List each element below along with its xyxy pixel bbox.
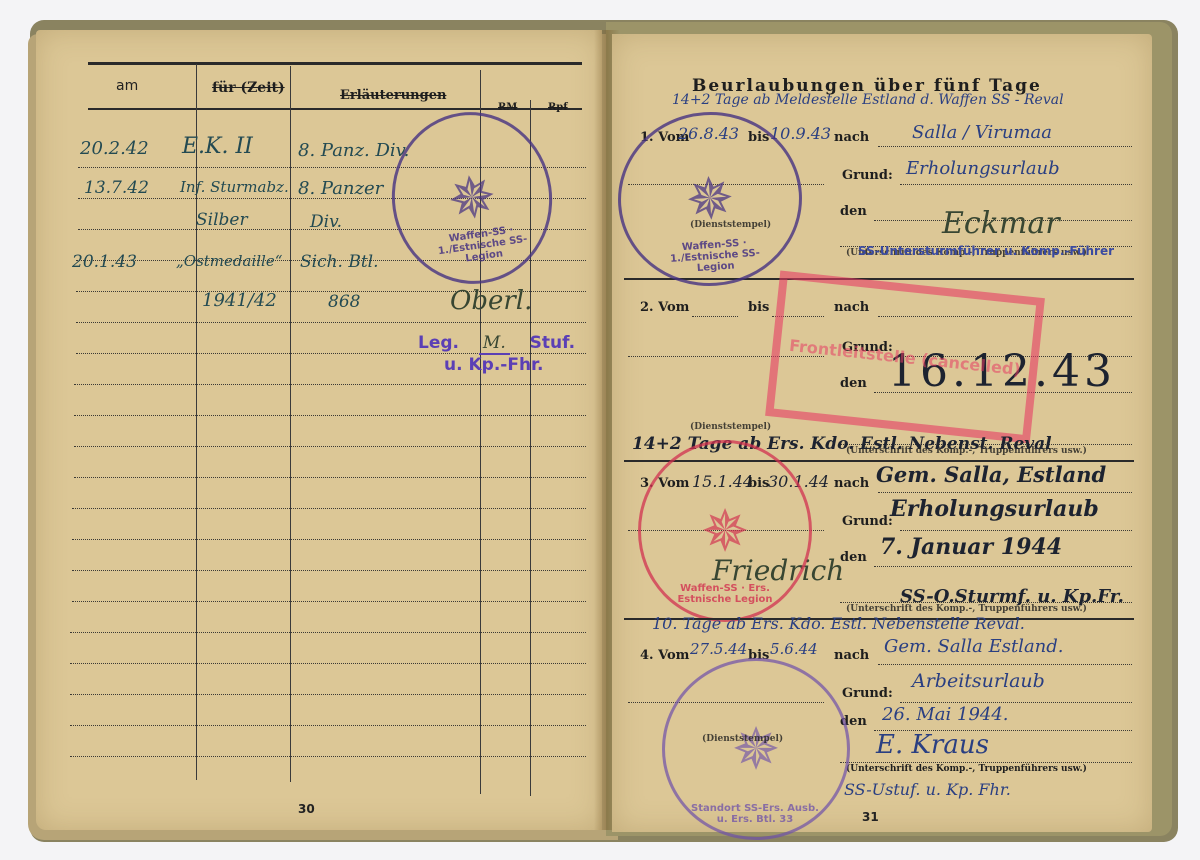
row-4-unit: Sich. Btl. bbox=[300, 252, 379, 272]
page-number-left: 30 bbox=[298, 802, 315, 816]
entry-1-nach-line bbox=[878, 146, 1132, 147]
entry-3-date: 7. Januar 1944 bbox=[880, 534, 1062, 560]
rank-stamp: Leg. M. Stuf. u. Kp.-Fhr. bbox=[418, 332, 575, 376]
entry-4-reason: Arbeitsurlaub bbox=[912, 670, 1045, 692]
row-line bbox=[72, 508, 586, 509]
header-fuer-zeit: für (Zeit) bbox=[212, 80, 285, 96]
header-am: am bbox=[116, 78, 138, 94]
entry-3-grund-line bbox=[900, 530, 1132, 531]
entry-4-signature: E. Kraus bbox=[876, 730, 989, 760]
entry-1-signature: Eckmar bbox=[942, 206, 1060, 241]
rank-stamp-initial: M. bbox=[479, 333, 510, 355]
rank-stamp-stuf: Stuf. bbox=[530, 333, 575, 353]
entry-1-grund-line bbox=[900, 184, 1132, 185]
entry-4-date: 26. Mai 1944. bbox=[882, 704, 1009, 725]
column-divider bbox=[290, 66, 291, 782]
cancel-stamp-text: Frontleitstelle (cancelled) bbox=[788, 335, 1021, 378]
eagle-emblem-icon: ✵ bbox=[701, 502, 750, 560]
entry-4-dienststempel: (Dienststempel) bbox=[702, 734, 783, 744]
entry-4-grund-line bbox=[900, 702, 1132, 703]
entry-1-nach-label: nach bbox=[834, 130, 869, 145]
row-line bbox=[70, 632, 586, 633]
entry-3-stamp: ✵ Waffen-SS · Ers. Estnische Legion bbox=[638, 440, 812, 622]
stamp-ring-text: Waffen-SS · 1./Estnische SS-Legion bbox=[426, 221, 540, 269]
row-line bbox=[72, 570, 586, 571]
rank-stamp-line2: u. Kp.-Fhr. bbox=[418, 354, 575, 376]
entry-4-label: 4. Vom bbox=[640, 648, 689, 663]
entry-1-rank-stamp: SS-Untersturmführer u. Komp.-Führer bbox=[858, 244, 1114, 258]
entry-4-stamp-text: Standort SS-Ers. Ausb. u. Ers. Btl. 33 bbox=[685, 803, 825, 825]
row-line bbox=[72, 601, 586, 602]
entry-4-stamp: ✵ Standort SS-Ers. Ausb. u. Ers. Btl. 33 bbox=[662, 658, 850, 840]
entry-3-stamp-text: Waffen-SS · Ers. Estnische Legion bbox=[665, 583, 785, 605]
row-3-award: Silber bbox=[196, 210, 248, 230]
entry-2-dienststempel: (Dienststempel) bbox=[690, 422, 771, 432]
rank-stamp-leg: Leg. bbox=[418, 333, 459, 353]
row-2-date: 13.7.42 bbox=[84, 178, 149, 198]
row-line bbox=[74, 446, 586, 447]
header-erlaeuterungen: Erläuterungen bbox=[340, 88, 446, 103]
header-rpf: Rpf bbox=[548, 102, 568, 113]
entry-4-from-date: 27.5.44 bbox=[690, 640, 747, 658]
entry-2-label: 2. Vom bbox=[640, 300, 689, 315]
row-line bbox=[74, 384, 586, 385]
entry-1-grund-label: Grund: bbox=[842, 168, 893, 183]
entry-4-destination: Gem. Salla Estland. bbox=[884, 636, 1064, 657]
row-line bbox=[70, 694, 586, 695]
row-1-date: 20.2.42 bbox=[80, 138, 149, 159]
entry-1-note: 14+2 Tage ab Meldestelle Estland d. Waff… bbox=[672, 92, 1064, 108]
eagle-emblem-icon: ✵ bbox=[444, 166, 500, 230]
column-divider bbox=[196, 64, 197, 780]
left-page: am für (Zeit) Erläuterungen RM Rpf 20.2.… bbox=[36, 30, 602, 830]
row-1-award: E.K. II bbox=[182, 134, 253, 159]
row-line bbox=[70, 725, 586, 726]
row-4-date: 20.1.43 bbox=[72, 252, 137, 272]
entry-1-destination: Salla / Virumaa bbox=[912, 122, 1052, 143]
table-top-rule bbox=[88, 62, 582, 65]
entry-3-destination: Gem. Salla, Estland bbox=[876, 462, 1106, 487]
row-line bbox=[72, 539, 586, 540]
entry-4-nach-label: nach bbox=[834, 648, 869, 663]
entry-3-nach-line bbox=[878, 492, 1132, 493]
entry-4-sign-line bbox=[840, 762, 1132, 763]
row-5-award: 1941/42 bbox=[202, 290, 277, 311]
entry-3-rank: SS-O.Sturmf. u. Kp.Fr. bbox=[900, 586, 1124, 607]
right-page: Beurlaubungen über fünf Tage 14+2 Tage a… bbox=[612, 34, 1152, 832]
entry-4-signature-caption: (Unterschrift des Komp.-, Truppenführers… bbox=[846, 764, 1087, 774]
entry-1-reason: Erholungsurlaub bbox=[906, 158, 1060, 179]
header-rm: RM bbox=[498, 102, 517, 113]
entry-4-rank: SS-Ustuf. u. Kp. Fhr. bbox=[844, 780, 1011, 799]
entry-3-nach-label: nach bbox=[834, 476, 869, 491]
entry-1-den-label: den bbox=[840, 204, 867, 219]
entry-3-reason: Erholungsurlaub bbox=[890, 496, 1099, 522]
page-number-right: 31 bbox=[862, 810, 879, 824]
row-3-unit: Div. bbox=[310, 212, 342, 232]
eagle-emblem-icon: ✵ bbox=[732, 720, 781, 778]
row-line bbox=[70, 756, 586, 757]
officer-signature: Oberl. bbox=[450, 286, 532, 316]
row-line bbox=[74, 477, 586, 478]
entry-2-cancel-stamp: Frontleitstelle (cancelled) bbox=[765, 270, 1045, 443]
row-5-unit: 868 bbox=[328, 292, 360, 312]
unit-stamp: ✵ Waffen-SS · 1./Estnische SS-Legion bbox=[381, 102, 563, 295]
entry-4-note: 10. Tage ab Ers. Kdo. Estl. Nebenstelle … bbox=[652, 614, 1025, 633]
row-line bbox=[70, 663, 586, 664]
row-4-award: „Ostmedaille“ bbox=[176, 252, 282, 270]
entry-4-grund-label: Grund: bbox=[842, 686, 893, 701]
entry-3-grund-label: Grund: bbox=[842, 514, 893, 529]
row-line bbox=[76, 322, 586, 323]
row-1-unit: 8. Panz. Div. bbox=[298, 140, 409, 161]
entry-2-bis-label: bis bbox=[748, 300, 769, 315]
entry-3-den-line bbox=[874, 566, 1132, 567]
entry-1-dienststempel: (Dienststempel) bbox=[690, 220, 771, 230]
entry-4-nach-line bbox=[878, 664, 1132, 665]
row-line bbox=[74, 415, 586, 416]
entry-1-stamp-text: Waffen-SS · 1./Estnische SS-Legion bbox=[654, 236, 776, 277]
entry-2-vom-line bbox=[692, 316, 738, 317]
row-2-unit: 8. Panzer bbox=[298, 178, 383, 199]
entry-4-to-date: 5.6.44 bbox=[770, 640, 818, 658]
row-2-award: Inf. Sturmabz. bbox=[180, 178, 289, 196]
